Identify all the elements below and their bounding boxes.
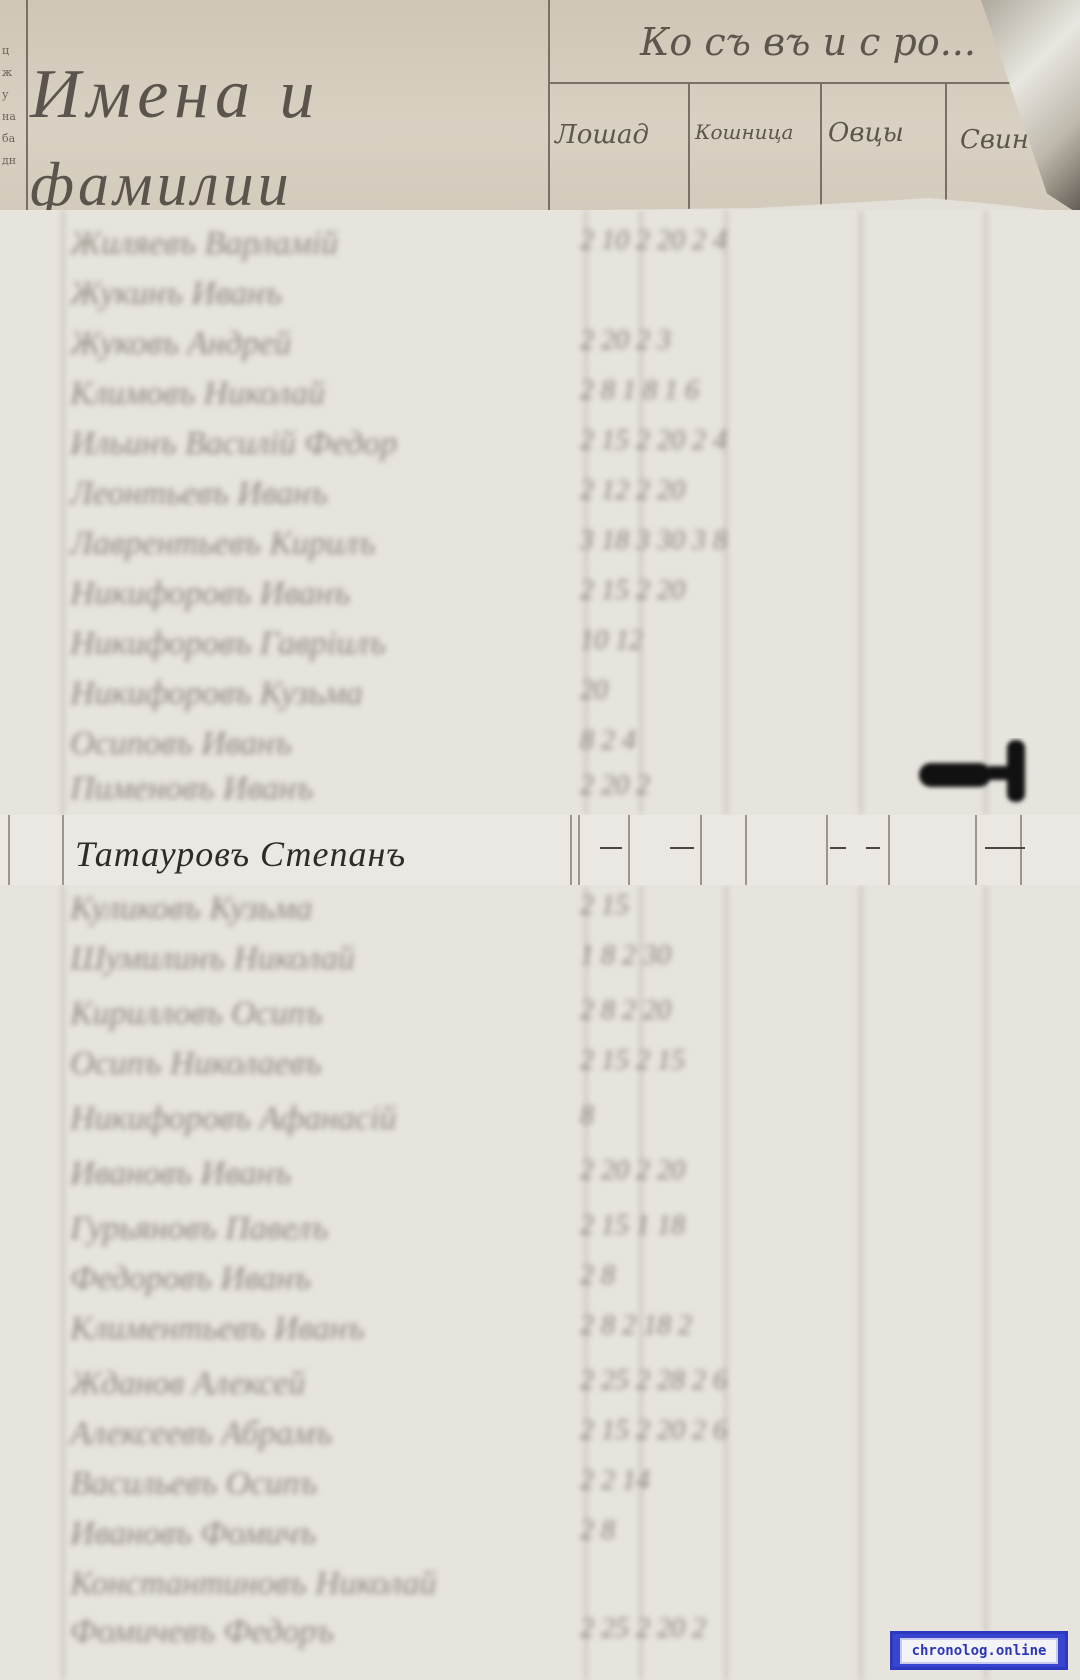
- group-header-rule: [550, 82, 1030, 84]
- subcolumn-divider: [945, 82, 947, 215]
- margin-rule: [26, 0, 28, 215]
- group-column-title: Ко съ въ и с ро...: [640, 20, 976, 64]
- watermark-text: chronolog.online: [900, 1638, 1059, 1664]
- register-page: цжунабадн Имена и фамилии Ко съ въ и с р…: [0, 0, 1080, 1680]
- subcolumn-divider: [688, 82, 690, 215]
- subcolumn-cattle: Кошница: [695, 120, 793, 144]
- ink-blot-mark: [915, 738, 1045, 808]
- blurred-rows-top: Жиляевъ Варламій2 10 2 20 2 4 Жукинъ Ива…: [0, 210, 1080, 815]
- visible-entry-row: Татауровъ Степанъ: [0, 815, 1080, 885]
- subcolumn-sheep: Овцы: [828, 118, 904, 148]
- subcolumn-horses: Лошад: [555, 120, 649, 150]
- entry-mark: [866, 847, 880, 849]
- entry-mark: [830, 847, 846, 849]
- entry-name: Татауровъ Степанъ: [75, 833, 406, 875]
- name-column-title: Имена и: [30, 55, 321, 135]
- column-divider: [548, 0, 550, 215]
- subcolumn-divider: [820, 82, 822, 215]
- watermark-badge: chronolog.online: [890, 1631, 1068, 1670]
- blurred-rows-bottom: Куликовъ Кузьма2 15 Шумилинъ Николай1 8 …: [0, 885, 1080, 1680]
- torn-corner: [970, 0, 1080, 215]
- entry-mark: [985, 847, 1025, 849]
- entry-mark: [600, 847, 622, 849]
- left-margin-notes: цжунабадн: [2, 40, 16, 172]
- register-header: цжунабадн Имена и фамилии Ко съ въ и с р…: [0, 0, 1080, 215]
- surname-column-title: фамилии: [30, 150, 293, 215]
- entry-mark: [670, 847, 694, 849]
